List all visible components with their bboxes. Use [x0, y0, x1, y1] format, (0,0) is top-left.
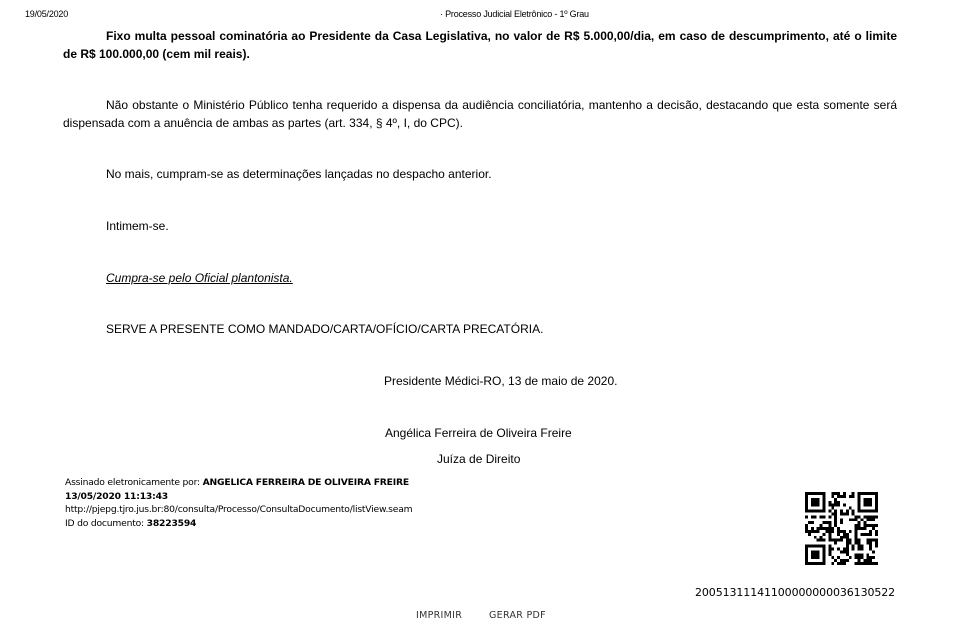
signer-name: Angélica Ferreira de Oliveira Freire [385, 424, 572, 442]
paragraph-hearing: Não obstante o Ministério Público tenha … [63, 96, 897, 132]
paragraph-cumpra: Cumpra-se pelo Oficial plantonista. [106, 269, 293, 287]
print-button[interactable]: IMPRIMIR [416, 610, 462, 621]
signed-by-label: Assinado eletronicamente por: [65, 477, 203, 488]
paragraph-hearing-text: Não obstante o Ministério Público tenha … [63, 98, 897, 130]
paragraph-fine: Fixo multa pessoal cominatória ao Presid… [63, 27, 897, 63]
verification-url[interactable]: http://pjepg.tjro.jus.br:80/consulta/Pro… [65, 503, 412, 517]
document-id-line: ID do documento: 38223594 [65, 517, 412, 531]
paragraph-intimem: Intimem-se. [106, 217, 169, 235]
print-date: 19/05/2020 [25, 9, 68, 19]
signature-timestamp: 13/05/2020 11:13:43 [65, 490, 412, 504]
paragraph-serve: SERVE A PRESENTE COMO MANDADO/CARTA/OFÍC… [106, 320, 543, 338]
place-date: Presidente Médici-RO, 13 de maio de 2020… [384, 372, 617, 390]
generate-pdf-button[interactable]: GERAR PDF [489, 610, 546, 621]
signer-role: Juíza de Direito [437, 450, 520, 468]
paragraph-fine-text: Fixo multa pessoal cominatória ao Presid… [63, 29, 897, 61]
signed-by-line: Assinado eletronicamente por: ANGELICA F… [65, 476, 412, 490]
electronic-signature-block: Assinado eletronicamente por: ANGELICA F… [65, 476, 412, 530]
paragraph-other: No mais, cumpram-se as determinações lan… [106, 165, 492, 183]
signed-by-name: ANGELICA FERREIRA DE OLIVEIRA FREIRE [203, 477, 409, 488]
qr-code-icon [805, 492, 878, 565]
document-id-label: ID do documento: [65, 518, 147, 529]
barcode-number: 20051311141100000000036130522 [695, 586, 895, 599]
document-id: 38223594 [147, 518, 197, 529]
page-header-title: · Processo Judicial Eletrônico - 1º Grau [440, 9, 589, 19]
